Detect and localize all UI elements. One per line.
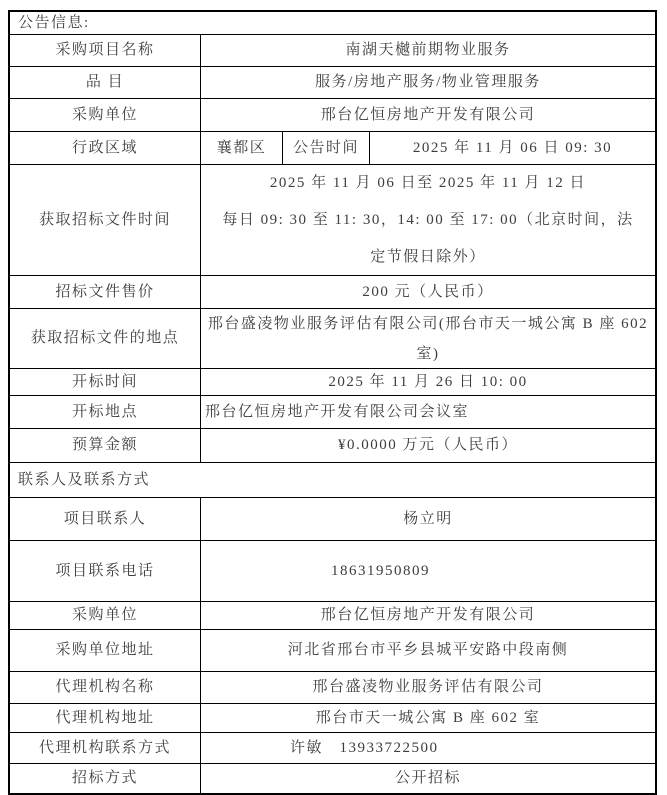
label-bid-opening-location: 开标地点 bbox=[10, 396, 201, 428]
bid-doc-obtain-time-line-2: 每日 09: 30 至 11: 30，14: 00 至 17: 00（北京时间，… bbox=[222, 202, 633, 239]
label-category: 品 目 bbox=[10, 67, 201, 98]
row-bid-doc-obtain-time: 获取招标文件时间 2025 年 11 月 06 日至 2025 年 11 月 1… bbox=[10, 164, 655, 275]
label-project-contact-phone: 项目联系电话 bbox=[10, 541, 201, 601]
label-agency-contact: 代理机构联系方式 bbox=[10, 733, 201, 763]
value-budget-amount: ¥0.0000 万元（人民币） bbox=[201, 429, 655, 462]
value-agency-address: 邢台市天一城公寓 B 座 602 室 bbox=[201, 704, 655, 732]
bid-doc-obtain-time-line-1: 2025 年 11 月 06 日至 2025 年 11 月 12 日 bbox=[270, 165, 586, 202]
label-purchaser: 采购单位 bbox=[10, 99, 201, 131]
row-budget-amount: 预算金额 ¥0.0000 万元（人民币） bbox=[10, 428, 655, 462]
row-purchaser-2: 采购单位 邢台亿恒房地产开发有限公司 bbox=[10, 601, 655, 629]
bid-doc-obtain-location-line-1: 邢台盛凌物业服务评估有限公司(邢台市天一城公寓 B 座 602 bbox=[208, 309, 648, 339]
row-purchaser-address: 采购单位地址 河北省邢台市平乡县城平安路中段南侧 bbox=[10, 629, 655, 671]
row-bid-opening-location: 开标地点 邢台亿恒房地产开发有限公司会议室 bbox=[10, 395, 655, 428]
value-category: 服务/房地产服务/物业管理服务 bbox=[201, 67, 655, 98]
row-section-announcement-info: 公告信息: bbox=[10, 12, 655, 34]
value-agency-contact: 许敏 13933722500 bbox=[201, 733, 655, 763]
label-bid-doc-price: 招标文件售价 bbox=[10, 276, 201, 308]
label-announce-time: 公告时间 bbox=[283, 132, 370, 164]
row-project-contact-phone: 项目联系电话 18631950809 bbox=[10, 540, 655, 601]
value-project-contact-phone: 18631950809 bbox=[201, 541, 655, 601]
row-bid-doc-obtain-location: 获取招标文件的地点 邢台盛凌物业服务评估有限公司(邢台市天一城公寓 B 座 60… bbox=[10, 308, 655, 368]
value-tender-method: 公开招标 bbox=[201, 764, 655, 793]
label-purchase-project-name: 采购项目名称 bbox=[10, 35, 201, 66]
value-purchase-project-name: 南湖天樾前期物业服务 bbox=[201, 35, 655, 66]
label-agency-name: 代理机构名称 bbox=[10, 672, 201, 703]
row-agency-contact: 代理机构联系方式 许敏 13933722500 bbox=[10, 732, 655, 763]
label-bid-doc-obtain-time: 获取招标文件时间 bbox=[10, 165, 201, 275]
row-section-contact-info: 联系人及联系方式 bbox=[10, 462, 655, 497]
label-admin-region: 行政区域 bbox=[10, 132, 201, 164]
row-admin-region-announce-time: 行政区域 襄都区 公告时间 2025 年 11 月 06 日 09: 30 bbox=[10, 131, 655, 164]
row-bid-doc-price: 招标文件售价 200 元（人民币） bbox=[10, 275, 655, 308]
row-project-contact: 项目联系人 杨立明 bbox=[10, 497, 655, 540]
section-title-contact-info: 联系人及联系方式 bbox=[10, 463, 655, 497]
row-purchase-project-name: 采购项目名称 南湖天樾前期物业服务 bbox=[10, 34, 655, 66]
row-tender-method: 招标方式 公开招标 bbox=[10, 763, 655, 793]
label-budget-amount: 预算金额 bbox=[10, 429, 201, 462]
label-tender-method: 招标方式 bbox=[10, 764, 201, 793]
announcement-table: 公告信息: 采购项目名称 南湖天樾前期物业服务 品 目 服务/房地产服务/物业管… bbox=[8, 10, 657, 795]
row-category: 品 目 服务/房地产服务/物业管理服务 bbox=[10, 66, 655, 98]
row-agency-address: 代理机构地址 邢台市天一城公寓 B 座 602 室 bbox=[10, 703, 655, 732]
row-bid-opening-time: 开标时间 2025 年 11 月 26 日 10: 00 bbox=[10, 368, 655, 395]
label-purchaser-2: 采购单位 bbox=[10, 602, 201, 629]
value-purchaser-2: 邢台亿恒房地产开发有限公司 bbox=[201, 602, 655, 629]
label-bid-doc-obtain-location: 获取招标文件的地点 bbox=[10, 309, 201, 368]
value-project-contact: 杨立明 bbox=[201, 498, 655, 540]
label-project-contact: 项目联系人 bbox=[10, 498, 201, 540]
value-announce-time: 2025 年 11 月 06 日 09: 30 bbox=[370, 132, 655, 164]
value-purchaser: 邢台亿恒房地产开发有限公司 bbox=[201, 99, 655, 131]
section-title-announcement-info: 公告信息: bbox=[10, 12, 655, 34]
row-agency-name: 代理机构名称 邢台盛凌物业服务评估有限公司 bbox=[10, 671, 655, 703]
value-bid-doc-obtain-time: 2025 年 11 月 06 日至 2025 年 11 月 12 日 每日 09… bbox=[201, 165, 655, 275]
value-purchaser-address: 河北省邢台市平乡县城平安路中段南侧 bbox=[201, 630, 655, 671]
value-admin-region: 襄都区 bbox=[201, 132, 283, 164]
label-purchaser-address: 采购单位地址 bbox=[10, 630, 201, 671]
label-agency-address: 代理机构地址 bbox=[10, 704, 201, 732]
row-purchaser: 采购单位 邢台亿恒房地产开发有限公司 bbox=[10, 98, 655, 131]
value-bid-opening-time: 2025 年 11 月 26 日 10: 00 bbox=[201, 369, 655, 395]
value-agency-name: 邢台盛凌物业服务评估有限公司 bbox=[201, 672, 655, 703]
value-bid-doc-obtain-location: 邢台盛凌物业服务评估有限公司(邢台市天一城公寓 B 座 602 室) bbox=[201, 309, 655, 368]
label-bid-opening-time: 开标时间 bbox=[10, 369, 201, 395]
value-bid-doc-price: 200 元（人民币） bbox=[201, 276, 655, 308]
bid-doc-obtain-location-line-2: 室) bbox=[417, 339, 440, 369]
value-bid-opening-location: 邢台亿恒房地产开发有限公司会议室 bbox=[201, 396, 655, 428]
bid-doc-obtain-time-line-3: 定节假日除外） bbox=[370, 239, 486, 276]
